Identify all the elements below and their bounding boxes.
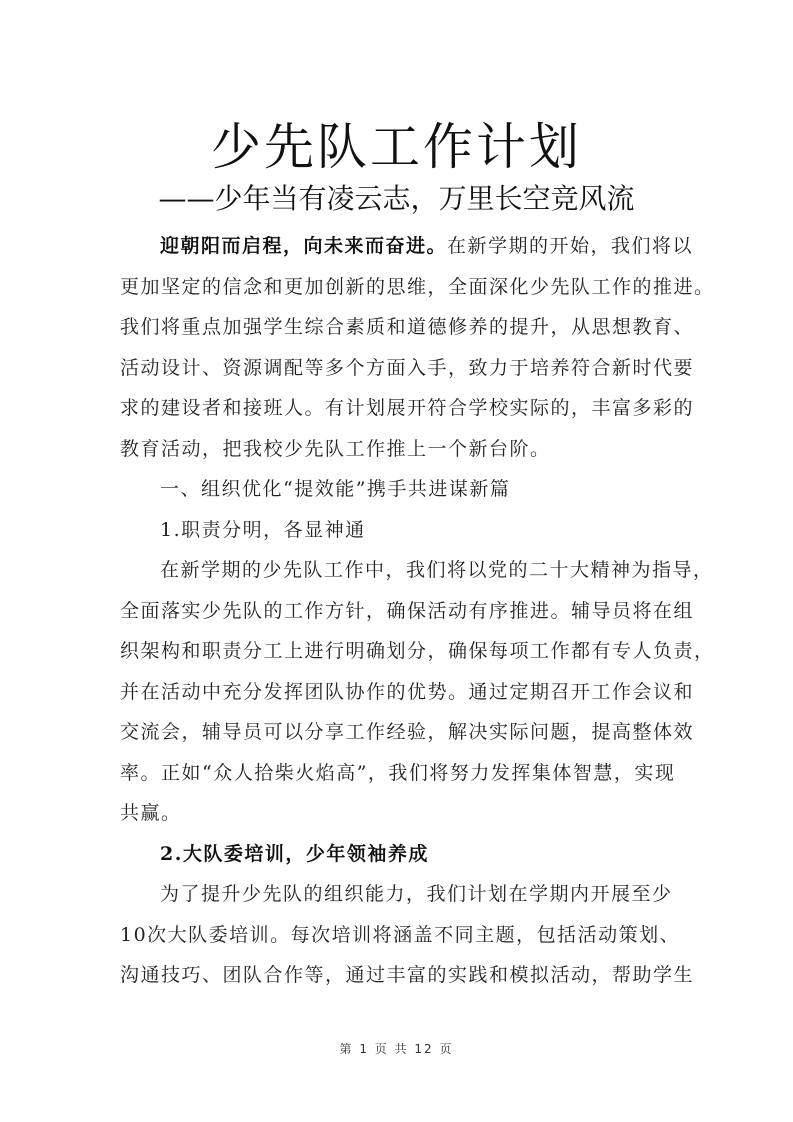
subsection-1-paragraph-line: 交流会，辅导员可以分享工作经验，解决实际问题，提高整体效 — [120, 712, 686, 753]
subsection-1-paragraph-line: 全面落实少先队的工作方针，确保活动有序推进。辅导员将在组 — [120, 591, 686, 632]
intro-paragraph-line: 活动设计、资源调配等多个方面入手，致力于培养符合新时代要 — [120, 348, 686, 389]
subsection-1-paragraph-line: 织架构和职责分工上进行明确划分，确保每项工作都有专人负责， — [120, 631, 686, 672]
subsection-1-paragraph-line: 在新学期的少先队工作中，我们将以党的二十大精神为指导， — [120, 550, 686, 591]
subsection-2-paragraph-line: 10次大队委培训。每次培训将涵盖不同主题，包括活动策划、 — [120, 915, 686, 956]
intro-paragraph-line: 迎朝阳而启程，向未来而奋进。在新学期的开始，我们将以 — [120, 226, 686, 267]
intro-paragraph-line: 我们将重点加强学生综合素质和道德修养的提升，从思想教育、 — [120, 307, 686, 348]
document-body: 迎朝阳而启程，向未来而奋进。在新学期的开始，我们将以 更加坚定的信念和更加创新的… — [120, 226, 686, 996]
document-page: 少先队工作计划 ——少年当有凌云志，万里长空竞风流 迎朝阳而启程，向未来而奋进。… — [0, 0, 793, 1122]
intro-lead-rest: 在新学期的开始，我们将以 — [447, 235, 693, 257]
intro-lead-bold: 迎朝阳而启程，向未来而奋进。 — [160, 235, 447, 257]
subsection-2-paragraph-line: 沟通技巧、团队合作等，通过丰富的实践和模拟活动，帮助学生 — [120, 955, 686, 996]
intro-paragraph-line: 求的建设者和接班人。有计划展开符合学校实际的，丰富多彩的 — [120, 388, 686, 429]
section-1-heading: 一、组织优化“提效能”携手共进谋新篇 — [120, 469, 686, 510]
subsection-2-paragraph-line: 为了提升少先队的组织能力，我们计划在学期内开展至少 — [120, 874, 686, 915]
subsection-2-heading: 2.大队委培训，少年领袖养成 — [120, 834, 686, 875]
subsection-1-paragraph-line: 并在活动中充分发挥团队协作的优势。通过定期召开工作会议和 — [120, 672, 686, 713]
page-number-footer: 第 1 页 共 12 页 — [0, 1040, 793, 1057]
document-title: 少先队工作计划 — [0, 116, 793, 178]
intro-paragraph-line: 教育活动，把我校少先队工作推上一个新台阶。 — [120, 429, 686, 470]
subsection-1-paragraph-line: 率。正如“众人拾柴火焰高”，我们将努力发挥集体智慧，实现 — [120, 753, 686, 794]
subsection-1-paragraph-line: 共赢。 — [120, 793, 686, 834]
document-subtitle: ——少年当有凌云志，万里长空竞风流 — [0, 180, 793, 218]
intro-paragraph-line: 更加坚定的信念和更加创新的思维，全面深化少先队工作的推进。 — [120, 267, 686, 308]
subsection-1-heading: 1.职责分明，各显神通 — [120, 510, 686, 551]
